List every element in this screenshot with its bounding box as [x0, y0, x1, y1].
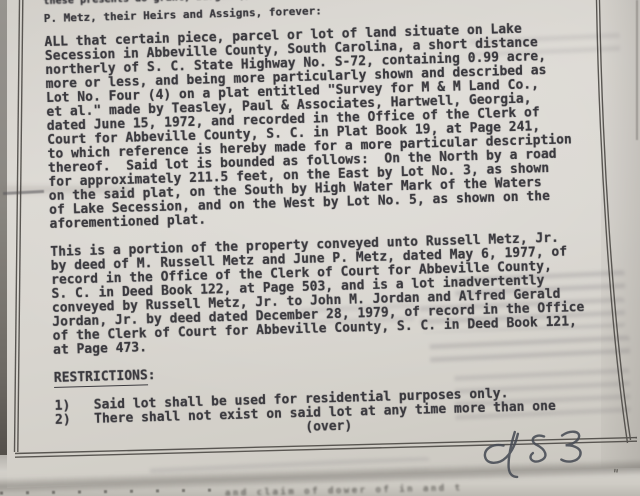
scanned-deed-page: and claim of dower of in and t " these p…: [0, 0, 640, 496]
handwritten-page-number: 483: [466, 419, 639, 490]
page-border-rules: [0, 0, 640, 496]
